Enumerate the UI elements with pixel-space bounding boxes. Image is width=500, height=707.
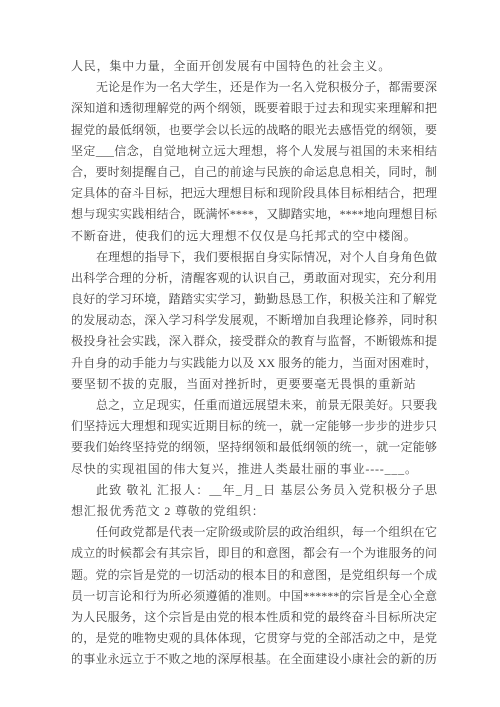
text-line: 尽快的实现祖国的伟大复兴，推进人类最壮丽的事业----___。 — [71, 459, 437, 480]
text-line: 在理想的指导下，我们要根据自身实际情况，对个人自身角色做 — [71, 247, 437, 268]
text-line: 定具体的奋斗目标，把远大理想目标和现阶段具体目标相结合，把理 — [71, 183, 437, 204]
text-line: 升自身的动手能力与实践能力以及 XX 服务的能力，当面对困难时， — [71, 353, 437, 374]
text-line: 此致 敬礼 汇报人：__年_月_日 基层公务员入党积极分子思 — [71, 480, 437, 501]
text-line: 总之，立足现实，任重而道远展望未来，前景无限美好。只要我 — [71, 395, 437, 416]
text-line: 极投身社会实践，深入群众，接受群众的教育与监督，不断锻炼和提 — [71, 331, 437, 352]
text-line: 们坚持远大理想和现实近期目标的统一，就一定能够一步步的进步只 — [71, 416, 437, 437]
text-line: 人民，集中力量，全面开创发展有中国特色的社会主义。 — [71, 56, 437, 77]
text-line: 良好的学习环境，踏踏实实学习，勤勤恳恳工作，积极关注和了解党 — [71, 289, 437, 310]
text-line: 要坚韧不拔的克服，当面对挫折时，更要要毫无畏惧的重新站起。 — [71, 374, 437, 395]
text-line: 任何政党都是代表一定阶级或阶层的政治组织，每一个组织在它 — [71, 522, 437, 543]
text-line: 题。党的宗旨是党的一切活动的根本目的和意图，是党组织每一个成 — [71, 565, 437, 586]
text-line: 想与现实实践相结合，既满怀****，又脚踏实地，****地向理想目标 — [71, 204, 437, 225]
text-line: 的发展动态，深入学习科学发展观，不断增加自我理论修养，同时积 — [71, 310, 437, 331]
text-line: 为人民服务，这个宗旨是由党的根本性质和党的最终奋斗目标所决定 — [71, 607, 437, 628]
text-line: 无论是作为一名大学生，还是作为一名入党积极分子，都需要深 — [71, 77, 437, 98]
text-line: 坚定___信念，自觉地树立远大理想，将个人发展与祖国的未来相结 — [71, 141, 437, 162]
text-line: 合，要时刻提醒自己，自己的前途与民族的命运息息相关，同时，制 — [71, 162, 437, 183]
text-line: 深知道和透彻理解党的两个纲领，既要着眼于过去和现实来理解和把 — [71, 98, 437, 119]
text-line: 出科学合理的分析，清醒客观的认识自己，勇敢面对现实，充分利用 — [71, 268, 437, 289]
text-line: 成立的时候都会有其宗旨，即目的和意图，都会有一个为谁服务的问 — [71, 543, 437, 564]
text-block: 人民，集中力量，全面开创发展有中国特色的社会主义。无论是作为一名大学生，还是作为… — [71, 56, 437, 670]
text-line: 的事业永远立于不败之地的深厚根基。在全面建设小康社会的新的历 — [71, 649, 437, 670]
document-page: 人民，集中力量，全面开创发展有中国特色的社会主义。无论是作为一名大学生，还是作为… — [0, 0, 500, 707]
text-line: 不断奋进，使我们的远大理想不仅仅是乌托邦式的空中楼阁。 — [71, 226, 437, 247]
text-line: 员一切言论和行为所必须遵循的准则。中国******的宗旨是全心全意 — [71, 586, 437, 607]
text-line: 握党的最低纲领，也要学会以长远的战略的眼光去感悟党的纲领，要 — [71, 120, 437, 141]
text-line: 要我们始终坚持党的纲领，坚持纲领和最低纲领的统一，就一定能够 — [71, 437, 437, 458]
text-line: 想汇报优秀范文 2 尊敬的党组织： — [71, 501, 437, 522]
text-line: 的，是党的唯物史观的具体体现，它贯穿与党的全部活动之中，是党 — [71, 628, 437, 649]
